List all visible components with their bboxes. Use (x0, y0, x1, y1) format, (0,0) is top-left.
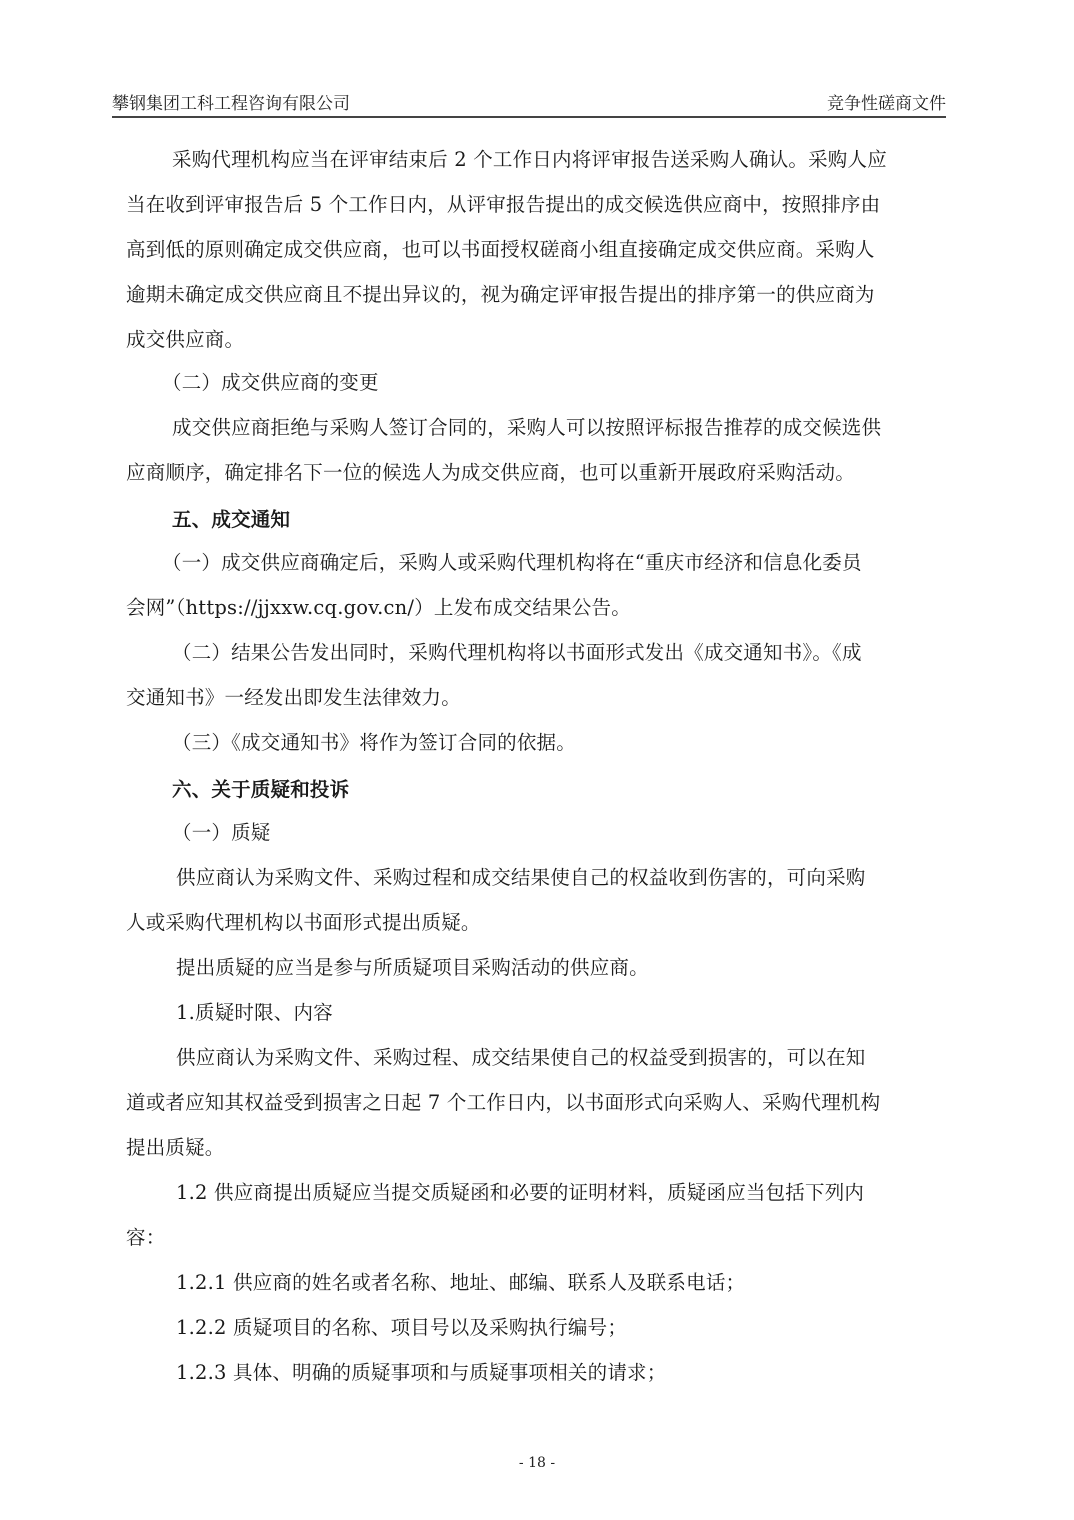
page-header: 攀钢集团工科工程咨询有限公司 竞争性磋商文件 (112, 88, 946, 114)
paragraph-line: 人或采购代理机构以书面形式提出质疑。 (126, 911, 481, 935)
paragraph-line: 高到低的原则确定成交供应商，也可以书面授权磋商小组直接确定成交供应商。采购人 (126, 238, 875, 262)
paragraph-line: 道或者应知其权益受到损害之日起 7 个工作日内，以书面形式向采购人、采购代理机构 (126, 1091, 880, 1115)
paragraph-line: 成交供应商拒绝与采购人签订合同的，采购人可以按照评标报告推荐的成交候选供 (172, 416, 881, 440)
paragraph-line: 会网”（https://jjxxw.cq.gov.cn/）上发布成交结果公告。 (126, 596, 631, 620)
paragraph-line: （二）成交供应商的变更 (162, 371, 379, 395)
paragraph-line: 1.2.3 具体、明确的质疑事项和与质疑事项相关的请求； (176, 1361, 666, 1385)
paragraph-line: 容： (126, 1226, 165, 1250)
paragraph-line: （一）质疑 (172, 821, 271, 845)
section-heading: 五、成交通知 (172, 508, 290, 532)
paragraph-line: 采购代理机构应当在评审结束后 2 个工作日内将评审报告送采购人确认。采购人应 (172, 148, 887, 172)
paragraph-line: 当在收到评审报告后 5 个工作日内，从评审报告提出的成交候选供应商中，按照排序由 (126, 193, 880, 217)
paragraph-line: 逾期未确定成交供应商且不提出异议的，视为确定评审报告提出的排序第一的供应商为 (126, 283, 875, 307)
paragraph-line: （三）《成交通知书》将作为签订合同的依据。 (172, 731, 576, 755)
paragraph-line: 1.质疑时限、内容 (176, 1001, 333, 1025)
paragraph-line: 1.2.2 质疑项目的名称、项目号以及采购执行编号； (176, 1316, 627, 1340)
paragraph-line: 应商顺序，确定排名下一位的候选人为成交供应商，也可以重新开展政府采购活动。 (126, 461, 855, 485)
paragraph-line: 成交供应商。 (126, 328, 244, 352)
paragraph-line: 1.2.1 供应商的姓名或者名称、地址、邮编、联系人及联系电话； (176, 1271, 745, 1295)
paragraph-line: 提出质疑。 (126, 1136, 225, 1160)
paragraph-line: 1.2 供应商提出质疑应当提交质疑函和必要的证明材料，质疑函应当包括下列内 (176, 1181, 864, 1205)
paragraph-line: （一）成交供应商确定后，采购人或采购代理机构将在“重庆市经济和信息化委员 (162, 551, 862, 575)
paragraph-line: （二）结果公告发出同时，采购代理机构将以书面形式发出《成交通知书》。《成 (172, 641, 862, 665)
header-document-type: 竞争性磋商文件 (827, 89, 946, 114)
header-divider (112, 116, 946, 118)
paragraph-line: 供应商认为采购文件、采购过程和成交结果使自己的权益收到伤害的，可向采购 (176, 866, 866, 890)
page-number: - 18 - (0, 1455, 1074, 1471)
paragraph-line: 提出质疑的应当是参与所质疑项目采购活动的供应商。 (176, 956, 649, 980)
section-heading: 六、关于质疑和投诉 (172, 778, 349, 802)
header-company-name: 攀钢集团工科工程咨询有限公司 (112, 89, 350, 114)
paragraph-line: 交通知书》一经发出即发生法律效力。 (126, 686, 461, 710)
paragraph-line: 供应商认为采购文件、采购过程、成交结果使自己的权益受到损害的，可以在知 (176, 1046, 866, 1070)
